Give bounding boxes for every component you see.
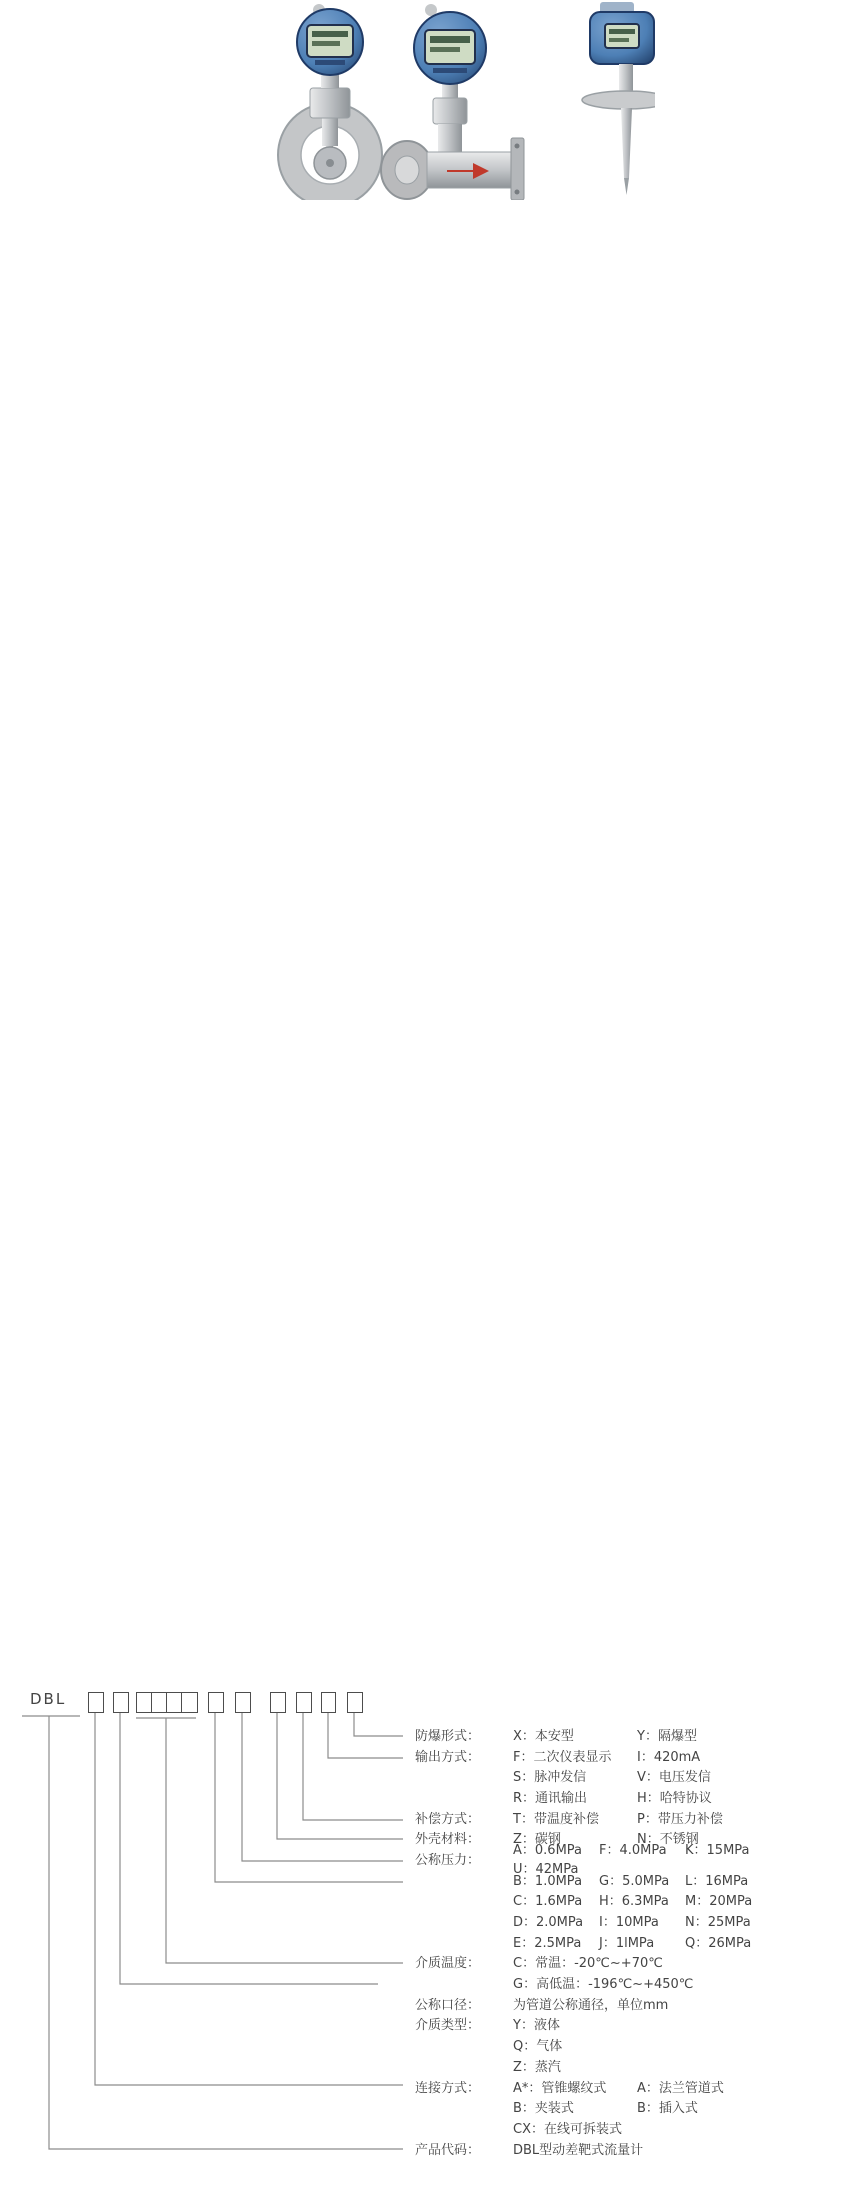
- doc-line: [27, 916, 821, 948]
- spec-value: H：6.3MPa: [599, 1890, 679, 1909]
- spec-value: T：带温度补偿: [513, 1808, 631, 1827]
- spec-row: S：脉冲发信V：电压发信: [415, 1765, 845, 1786]
- spec-value: B：夹装式: [513, 2097, 631, 2116]
- doc-line: [27, 343, 821, 375]
- doc-line: [27, 1400, 821, 1432]
- spec-value: X：本安型: [513, 1725, 631, 1744]
- doc-line: [27, 475, 821, 507]
- doc-line: [27, 1369, 821, 1401]
- doc-line: [27, 374, 821, 406]
- spec-values: E：2.5MPaJ：1lMPaQ：26MPa: [513, 1932, 771, 1951]
- spec-row: 公称压力： A：0.6MPaF：4.0MPaK：15MPaU：42MPa: [415, 1848, 845, 1869]
- spec-row: 输出方式： F：二次仪表显示I：420mA: [415, 1745, 845, 1766]
- spec-label: 介质类型：: [415, 2014, 513, 2033]
- spec-values: B：夹装式B：插入式: [513, 2097, 761, 2116]
- spec-value: V：电压发信: [637, 1766, 755, 1785]
- spec-values: S：脉冲发信V：电压发信: [513, 1766, 761, 1785]
- doc-line: [27, 664, 821, 696]
- spec-value: CX：在线可拆装式: [513, 2118, 622, 2137]
- spec-value: C：1.6MPa: [513, 1890, 593, 1909]
- model-code-diagram: DBL 防爆形式： X：本安型Y：隔爆型 输出方式： F：二次仪表显示I：420…: [0, 1682, 848, 2181]
- doc-line: [27, 1589, 821, 1621]
- doc-line: [27, 1621, 821, 1653]
- spec-row: B：夹装式B：插入式: [415, 2096, 845, 2117]
- doc-line: [27, 601, 821, 633]
- spec-row: 产品代码： DBL型动差靶式流量计: [415, 2138, 845, 2159]
- doc-line: [27, 1558, 821, 1590]
- doc-line: [27, 1237, 821, 1269]
- doc-line: [27, 853, 821, 885]
- spec-values: C：1.6MPaH：6.3MPaM：20MPa: [513, 1890, 771, 1909]
- flow-meter-illustration: [195, 0, 655, 200]
- spec-value: P：带压力补偿: [637, 1808, 755, 1827]
- doc-line: [27, 1337, 821, 1369]
- spec-values: G：高低温：-196℃~+450℃: [513, 1973, 699, 1992]
- doc-line: [27, 821, 821, 853]
- flow-meter-flanged: [381, 4, 524, 200]
- doc-line: [27, 1526, 821, 1558]
- spec-label: 外壳材料：: [415, 1828, 513, 1847]
- spec-label: 公称压力：: [415, 1849, 513, 1868]
- doc-line: [27, 1463, 821, 1495]
- spec-label: 公称口径：: [415, 1994, 513, 2013]
- model-code-box: [347, 1692, 363, 1713]
- doc-line: [27, 979, 821, 1011]
- model-code-box: [270, 1692, 286, 1713]
- spec-values: CX：在线可拆装式: [513, 2118, 628, 2137]
- spec-label: 连接方式：: [415, 2077, 513, 2096]
- doc-line: [27, 1142, 821, 1174]
- spec-values: C：常温：-20℃~+70℃: [513, 1952, 669, 1971]
- spec-values: X：本安型Y：隔爆型: [513, 1725, 761, 1744]
- doc-line: [27, 311, 821, 343]
- spec-row: D：2.0MPaI：10MPaN：25MPa: [415, 1910, 845, 1931]
- doc-line: [27, 280, 821, 312]
- spec-value: Q：气体: [513, 2035, 593, 2054]
- spec-label: 补偿方式：: [415, 1808, 513, 1827]
- spec-value: Y：隔爆型: [637, 1725, 755, 1744]
- spec-value: I：420mA: [637, 1746, 755, 1765]
- spec-value: F：二次仪表显示: [513, 1746, 631, 1765]
- spec-value: Y：液体: [513, 2014, 593, 2033]
- spec-value: B：插入式: [637, 2097, 755, 2116]
- spec-row: E：2.5MPaJ：1lMPaQ：26MPa: [415, 1931, 845, 1952]
- spec-values: Z：蒸汽: [513, 2056, 599, 2075]
- section-heading: [27, 1306, 821, 1338]
- spec-row: 补偿方式： T：带温度补偿P：带压力补偿: [415, 1807, 845, 1828]
- spec-values: 为管道公称通径，单位mm: [513, 1994, 674, 2013]
- doc-line: [27, 443, 821, 475]
- spec-label: 产品代码：: [415, 2139, 513, 2158]
- spec-row: R：通讯输出H：哈特协议: [415, 1786, 845, 1807]
- doc-line: [27, 1432, 821, 1464]
- spec-value: Z：蒸汽: [513, 2056, 593, 2075]
- spec-label: 输出方式：: [415, 1746, 513, 1765]
- spec-value: A：0.6MPa: [513, 1839, 593, 1858]
- flow-meter-ring: [278, 4, 382, 200]
- spec-values: T：带温度补偿P：带压力补偿: [513, 1808, 761, 1827]
- product-description: [0, 248, 848, 1652]
- spec-value: F：4.0MPa: [599, 1839, 679, 1858]
- spec-row: G：高低温：-196℃~+450℃: [415, 1972, 845, 1993]
- spec-value: R：通讯输出: [513, 1787, 631, 1806]
- section-heading: [27, 412, 821, 444]
- spec-value: J：1lMPa: [599, 1932, 679, 1951]
- spec-values: F：二次仪表显示I：420mA: [513, 1746, 761, 1765]
- spec-value: G：5.0MPa: [599, 1870, 679, 1889]
- model-code-box: [208, 1692, 224, 1713]
- spec-values: Q：气体: [513, 2035, 599, 2054]
- spec-row: C：1.6MPaH：6.3MPaM：20MPa: [415, 1890, 845, 1911]
- spec-row: CX：在线可拆装式: [415, 2117, 845, 2138]
- spec-value: 为管道公称通径，单位mm: [513, 1994, 668, 2013]
- spec-value: A*：管锥螺纹式: [513, 2077, 631, 2096]
- doc-line: [27, 1495, 821, 1527]
- spec-values: Y：液体: [513, 2014, 599, 2033]
- doc-line: [27, 506, 821, 538]
- section-heading: [27, 1079, 821, 1111]
- doc-line: [27, 1268, 821, 1300]
- spec-row: Z：蒸汽: [415, 2055, 845, 2076]
- doc-line: [27, 695, 821, 727]
- spec-value: Q：26MPa: [685, 1932, 765, 1951]
- doc-line: [27, 1042, 821, 1074]
- spec-row: 连接方式： A*：管锥螺纹式A：法兰管道式: [415, 2076, 845, 2097]
- spec-row: 介质类型： Y：液体: [415, 2014, 845, 2035]
- doc-line: [27, 538, 821, 570]
- spec-row: 防爆形式： X：本安型Y：隔爆型: [415, 1724, 845, 1745]
- doc-line: [27, 1010, 821, 1042]
- spec-values: A*：管锥螺纹式A：法兰管道式: [513, 2077, 761, 2096]
- spec-value: K：15MPa: [685, 1839, 765, 1858]
- spec-value: H：哈特协议: [637, 1787, 755, 1806]
- model-prefix: DBL: [30, 1690, 66, 1708]
- doc-line: [27, 1174, 821, 1206]
- spec-row: 公称口径： 为管道公称通径，单位mm: [415, 1993, 845, 2014]
- model-code-box: [235, 1692, 251, 1713]
- spec-value: C：常温：-20℃~+70℃: [513, 1952, 663, 1971]
- doc-line: [27, 632, 821, 664]
- flow-meter-insertion: [582, 2, 655, 195]
- doc-line: [27, 1205, 821, 1237]
- doc-line: [27, 947, 821, 979]
- spec-value: M：20MPa: [685, 1890, 765, 1909]
- model-spec-list: 防爆形式： X：本安型Y：隔爆型 输出方式： F：二次仪表显示I：420mA S…: [415, 1724, 845, 2158]
- spec-value: G：高低温：-196℃~+450℃: [513, 1973, 693, 1992]
- spec-value: L：16MPa: [685, 1870, 765, 1889]
- doc-line: [27, 569, 821, 601]
- spec-value: I：10MPa: [599, 1911, 679, 1930]
- model-code-box: [88, 1692, 104, 1713]
- spec-value: D：2.0MPa: [513, 1911, 593, 1930]
- spec-value: A：法兰管道式: [637, 2077, 755, 2096]
- spec-value: B：1.0MPa: [513, 1870, 593, 1889]
- doc-line: [27, 758, 821, 790]
- spec-value: N：25MPa: [685, 1911, 765, 1930]
- section-heading: [27, 248, 821, 280]
- spec-value: E：2.5MPa: [513, 1932, 593, 1951]
- spec-value: S：脉冲发信: [513, 1766, 631, 1785]
- spec-row: 介质温度： C：常温：-20℃~+70℃: [415, 1952, 845, 1973]
- model-code-box: [321, 1692, 336, 1713]
- spec-label: 介质温度：: [415, 1952, 513, 1971]
- spec-values: DBL型动差靶式流量计: [513, 2139, 649, 2158]
- spec-values: B：1.0MPaG：5.0MPaL：16MPa: [513, 1870, 771, 1889]
- spec-values: D：2.0MPaI：10MPaN：25MPa: [513, 1911, 771, 1930]
- product-photo: [0, 0, 848, 200]
- spec-value: DBL型动差靶式流量计: [513, 2139, 643, 2158]
- model-code-box: [181, 1692, 198, 1713]
- spec-values: R：通讯输出H：哈特协议: [513, 1787, 761, 1806]
- model-code-box: [113, 1692, 129, 1713]
- spec-label: 防爆形式：: [415, 1725, 513, 1744]
- doc-line: [27, 790, 821, 822]
- doc-line: [27, 727, 821, 759]
- spec-row: Q：气体: [415, 2034, 845, 2055]
- doc-line: [27, 884, 821, 916]
- doc-line: [27, 1111, 821, 1143]
- model-code-box: [296, 1692, 312, 1713]
